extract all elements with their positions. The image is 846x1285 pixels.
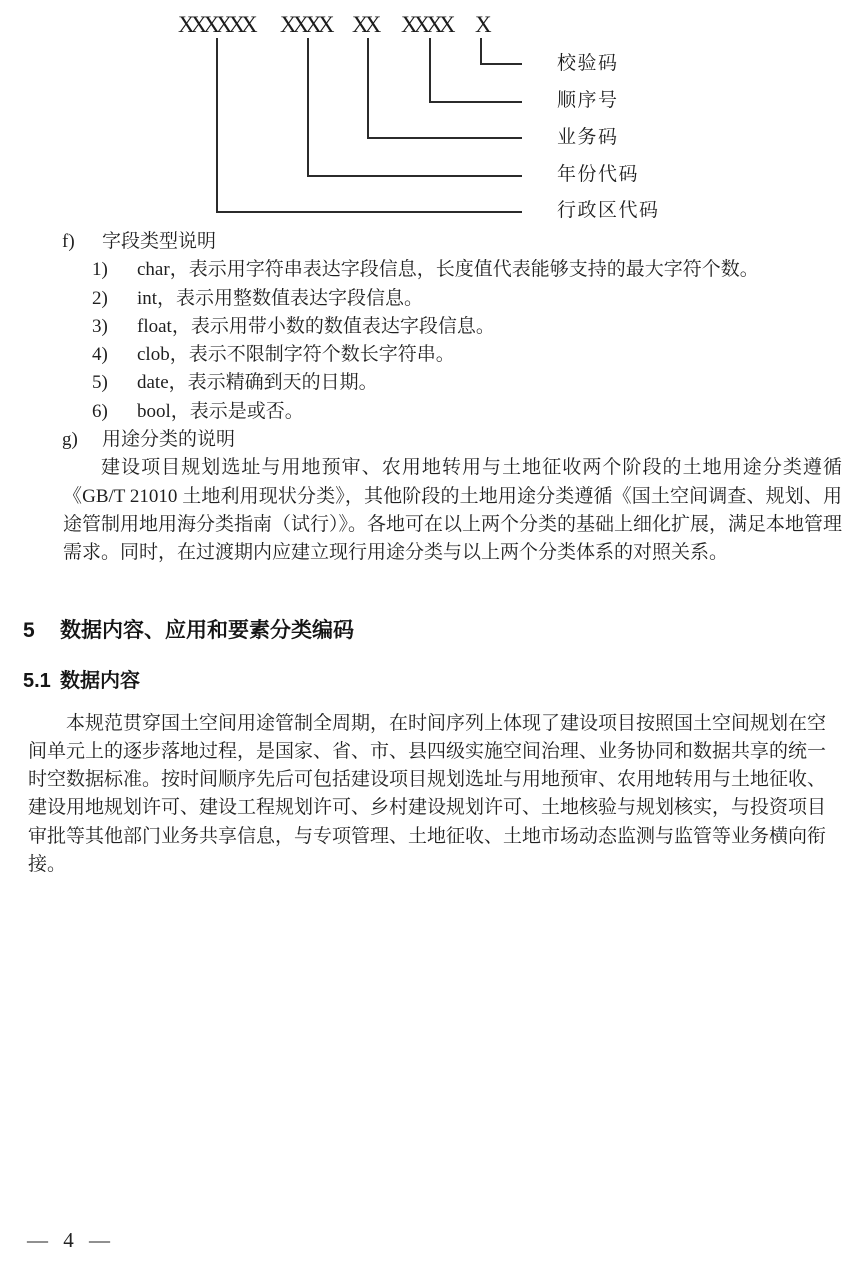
diagram-label-check-code: 校验码 (557, 52, 619, 76)
list-item-text: clob，表示不限制字符个数长字符串。 (137, 341, 455, 369)
connector-hline-sequence (429, 101, 522, 103)
document-content: f) 字段类型说明 1) char，表示用字符串表达字段信息，长度值代表能够支持… (0, 228, 846, 879)
list-marker: f) (62, 228, 102, 256)
list-item-title: 用途分类的说明 (102, 426, 235, 454)
page-number: — 4 — (27, 1228, 111, 1253)
section-5-1-paragraph: 本规范贯穿国土空间用途管制全周期，在时间序列上体现了建设项目按照国土空间规划在空… (28, 710, 826, 880)
connector-vline-business (367, 38, 369, 139)
connector-hline-year (307, 175, 522, 177)
list-marker: 2) (92, 285, 137, 313)
list-item-g: g) 用途分类的说明 (0, 426, 846, 454)
diagram-label-sequence-number: 顺序号 (557, 89, 619, 113)
connector-vline-admin-region (216, 38, 218, 213)
section-5-heading: 5 数据内容、应用和要素分类编码 (0, 618, 846, 644)
code-segment-sequence: XXXX (401, 12, 451, 38)
list-item-text: float，表示用带小数的数值表达字段信息。 (137, 313, 495, 341)
list-item: 4) clob，表示不限制字符个数长字符串。 (0, 341, 846, 369)
list-marker: 5) (92, 369, 137, 397)
list-marker: g) (62, 426, 102, 454)
list-item-text: int，表示用整数值表达字段信息。 (137, 285, 423, 313)
code-segment-year: XXXX (280, 12, 330, 38)
section-title: 数据内容 (60, 668, 140, 694)
code-segment-business: XX (352, 12, 377, 38)
connector-hline-check (480, 63, 522, 65)
diagram-label-year-code: 年份代码 (557, 163, 639, 187)
connector-vline-sequence (429, 38, 431, 103)
list-item: 6) bool，表示是或否。 (0, 398, 846, 426)
connector-vline-year (307, 38, 309, 177)
list-item-f: f) 字段类型说明 (0, 228, 846, 256)
list-item: 3) float，表示用带小数的数值表达字段信息。 (0, 313, 846, 341)
diagram-label-admin-region-code: 行政区代码 (557, 199, 660, 223)
section-title: 数据内容、应用和要素分类编码 (60, 618, 354, 644)
list-item: 1) char，表示用字符串表达字段信息，长度值代表能够支持的最大字符个数。 (0, 256, 846, 284)
code-segment-check: X (475, 12, 492, 38)
connector-hline-admin-region (216, 211, 522, 213)
list-item: 5) date，表示精确到天的日期。 (0, 369, 846, 397)
list-item-text: char，表示用字符串表达字段信息，长度值代表能够支持的最大字符个数。 (137, 256, 759, 284)
list-item-text: date，表示精确到天的日期。 (137, 369, 378, 397)
section-5-1-heading: 5.1 数据内容 (0, 668, 846, 694)
diagram-label-business-code: 业务码 (557, 126, 619, 150)
connector-vline-check (480, 38, 482, 65)
connector-hline-business (367, 137, 522, 139)
section-number: 5 (23, 618, 60, 644)
section-number: 5.1 (23, 668, 60, 694)
list-marker: 4) (92, 341, 137, 369)
code-structure-diagram: XXXXXX XXXX XX XXXX X 校验码 顺序号 业务码 年份代码 行… (0, 0, 846, 228)
document-page: XXXXXX XXXX XX XXXX X 校验码 顺序号 业务码 年份代码 行… (0, 0, 846, 1285)
list-item-text: bool，表示是或否。 (137, 398, 304, 426)
list-marker: 1) (92, 256, 137, 284)
list-marker: 6) (92, 398, 137, 426)
list-marker: 3) (92, 313, 137, 341)
list-item: 2) int，表示用整数值表达字段信息。 (0, 285, 846, 313)
code-segment-admin-region: XXXXXX (178, 12, 254, 38)
list-item-title: 字段类型说明 (102, 228, 216, 256)
usage-classification-paragraph: 建设项目规划选址与用地预审、农用地转用与土地征收两个阶段的土地用途分类遵循《GB… (63, 454, 842, 567)
